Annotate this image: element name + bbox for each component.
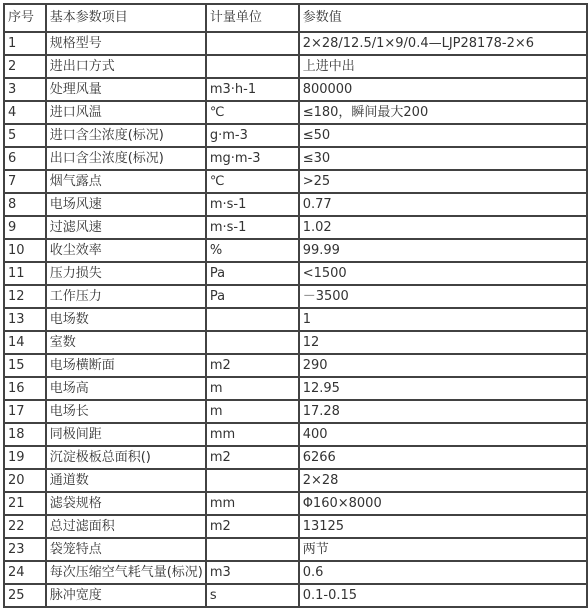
row-value-cell: 1: [299, 308, 587, 331]
row-item-cell: 进出口方式: [46, 55, 206, 78]
row-unit-cell: m: [206, 377, 299, 400]
table-row: 16电场高m12.95: [4, 377, 587, 400]
row-value-cell: ≤180，瞬间最大200: [299, 101, 587, 124]
row-unit-cell: [206, 55, 299, 78]
row-unit-cell: m2: [206, 515, 299, 538]
table-row: 8电场风速m·s-10.77: [4, 193, 587, 216]
row-unit-cell: [206, 32, 299, 55]
row-index-cell: 4: [4, 101, 46, 124]
row-item-cell: 工作压力: [46, 285, 206, 308]
table-row: 4进口风温℃≤180，瞬间最大200: [4, 101, 587, 124]
row-index-cell: 18: [4, 423, 46, 446]
table-row: 7烟气露点℃>25: [4, 170, 587, 193]
table-row: 14室数12: [4, 331, 587, 354]
row-value-cell: 99.99: [299, 239, 587, 262]
row-unit-cell: [206, 308, 299, 331]
row-item-cell: 总过滤面积: [46, 515, 206, 538]
row-item-cell: 烟气露点: [46, 170, 206, 193]
row-unit-cell: m2: [206, 354, 299, 377]
row-item-cell: 过滤风速: [46, 216, 206, 239]
table-row: 21滤袋规格mmΦ160×8000: [4, 492, 587, 515]
table-row: 3处理风量m3·h-1800000: [4, 78, 587, 101]
row-index-cell: 2: [4, 55, 46, 78]
table-row: 1规格型号2×28/12.5/1×9/0.4—LJP28178-2×6: [4, 32, 587, 55]
row-value-cell: 12.95: [299, 377, 587, 400]
row-index-cell: 19: [4, 446, 46, 469]
table-row: 10收尘效率%99.99: [4, 239, 587, 262]
table-row: 6出口含尘浓度(标况)mg·m-3≤30: [4, 147, 587, 170]
row-value-cell: >25: [299, 170, 587, 193]
row-unit-cell: Pa: [206, 285, 299, 308]
row-index-cell: 22: [4, 515, 46, 538]
row-item-cell: 电场横断面: [46, 354, 206, 377]
row-item-cell: 进口风温: [46, 101, 206, 124]
row-index-cell: 15: [4, 354, 46, 377]
row-index-cell: 10: [4, 239, 46, 262]
table-row: 13电场数1: [4, 308, 587, 331]
row-value-cell: 上进中出: [299, 55, 587, 78]
table-row: 19沉淀极板总面积()m26266: [4, 446, 587, 469]
row-value-cell: 17.28: [299, 400, 587, 423]
column-header-value: 参数值: [299, 4, 587, 32]
row-index-cell: 3: [4, 78, 46, 101]
row-value-cell: 1.02: [299, 216, 587, 239]
row-item-cell: 通道数: [46, 469, 206, 492]
row-unit-cell: [206, 469, 299, 492]
row-item-cell: 电场长: [46, 400, 206, 423]
row-unit-cell: m: [206, 400, 299, 423]
row-item-cell: 滤袋规格: [46, 492, 206, 515]
row-index-cell: 5: [4, 124, 46, 147]
row-index-cell: 23: [4, 538, 46, 561]
row-value-cell: <1500: [299, 262, 587, 285]
column-header-index: 序号: [4, 4, 46, 32]
row-index-cell: 24: [4, 561, 46, 584]
row-index-cell: 1: [4, 32, 46, 55]
row-index-cell: 25: [4, 584, 46, 607]
row-unit-cell: m3: [206, 561, 299, 584]
table-row: 17电场长m17.28: [4, 400, 587, 423]
row-value-cell: 2×28: [299, 469, 587, 492]
row-value-cell: －3500: [299, 285, 587, 308]
row-item-cell: 进口含尘浓度(标况): [46, 124, 206, 147]
table-row: 2进出口方式上进中出: [4, 55, 587, 78]
row-unit-cell: [206, 331, 299, 354]
row-unit-cell: ℃: [206, 170, 299, 193]
row-item-cell: 同极间距: [46, 423, 206, 446]
row-unit-cell: m3·h-1: [206, 78, 299, 101]
row-unit-cell: mg·m-3: [206, 147, 299, 170]
row-value-cell: ≤30: [299, 147, 587, 170]
row-index-cell: 17: [4, 400, 46, 423]
row-value-cell: 13125: [299, 515, 587, 538]
row-index-cell: 6: [4, 147, 46, 170]
row-index-cell: 21: [4, 492, 46, 515]
row-index-cell: 12: [4, 285, 46, 308]
row-value-cell: Φ160×8000: [299, 492, 587, 515]
table-row: 23袋笼特点两节: [4, 538, 587, 561]
row-unit-cell: Pa: [206, 262, 299, 285]
parameter-table-header: 序号 基本参数项目 计量单位 参数值: [4, 4, 587, 32]
row-unit-cell: s: [206, 584, 299, 607]
row-item-cell: 收尘效率: [46, 239, 206, 262]
row-index-cell: 14: [4, 331, 46, 354]
row-unit-cell: m·s-1: [206, 193, 299, 216]
row-value-cell: 12: [299, 331, 587, 354]
row-index-cell: 16: [4, 377, 46, 400]
table-row: 18同极间距mm400: [4, 423, 587, 446]
table-row: 9过滤风速m·s-11.02: [4, 216, 587, 239]
row-unit-cell: m2: [206, 446, 299, 469]
table-row: 15电场横断面m2290: [4, 354, 587, 377]
column-header-unit: 计量单位: [206, 4, 299, 32]
row-value-cell: 290: [299, 354, 587, 377]
row-value-cell: 6266: [299, 446, 587, 469]
row-item-cell: 沉淀极板总面积(): [46, 446, 206, 469]
parameter-table: 序号 基本参数项目 计量单位 参数值 1规格型号2×28/12.5/1×9/0.…: [3, 3, 588, 608]
row-unit-cell: mm: [206, 492, 299, 515]
row-unit-cell: ℃: [206, 101, 299, 124]
row-value-cell: 2×28/12.5/1×9/0.4—LJP28178-2×6: [299, 32, 587, 55]
row-item-cell: 电场数: [46, 308, 206, 331]
row-unit-cell: [206, 538, 299, 561]
row-unit-cell: %: [206, 239, 299, 262]
parameter-table-body: 1规格型号2×28/12.5/1×9/0.4—LJP28178-2×62进出口方…: [4, 32, 587, 607]
row-item-cell: 规格型号: [46, 32, 206, 55]
table-row: 20通道数2×28: [4, 469, 587, 492]
row-item-cell: 处理风量: [46, 78, 206, 101]
table-row: 24每次压缩空气耗气量(标况)m30.6: [4, 561, 587, 584]
row-item-cell: 压力损失: [46, 262, 206, 285]
row-value-cell: ≤50: [299, 124, 587, 147]
row-value-cell: 400: [299, 423, 587, 446]
row-item-cell: 电场风速: [46, 193, 206, 216]
row-index-cell: 11: [4, 262, 46, 285]
row-index-cell: 9: [4, 216, 46, 239]
row-unit-cell: m·s-1: [206, 216, 299, 239]
table-row: 22总过滤面积m213125: [4, 515, 587, 538]
row-item-cell: 脉冲宽度: [46, 584, 206, 607]
row-item-cell: 室数: [46, 331, 206, 354]
row-index-cell: 13: [4, 308, 46, 331]
row-item-cell: 电场高: [46, 377, 206, 400]
header-row: 序号 基本参数项目 计量单位 参数值: [4, 4, 587, 32]
row-value-cell: 0.1-0.15: [299, 584, 587, 607]
row-unit-cell: g·m-3: [206, 124, 299, 147]
row-value-cell: 0.6: [299, 561, 587, 584]
row-unit-cell: mm: [206, 423, 299, 446]
table-row: 11压力损失Pa<1500: [4, 262, 587, 285]
table-row: 12工作压力Pa－3500: [4, 285, 587, 308]
row-index-cell: 7: [4, 170, 46, 193]
row-value-cell: 两节: [299, 538, 587, 561]
table-row: 5进口含尘浓度(标况)g·m-3≤50: [4, 124, 587, 147]
row-value-cell: 800000: [299, 78, 587, 101]
row-value-cell: 0.77: [299, 193, 587, 216]
column-header-item: 基本参数项目: [46, 4, 206, 32]
row-index-cell: 8: [4, 193, 46, 216]
row-item-cell: 袋笼特点: [46, 538, 206, 561]
row-index-cell: 20: [4, 469, 46, 492]
row-item-cell: 每次压缩空气耗气量(标况): [46, 561, 206, 584]
row-item-cell: 出口含尘浓度(标况): [46, 147, 206, 170]
table-row: 25脉冲宽度s0.1-0.15: [4, 584, 587, 607]
